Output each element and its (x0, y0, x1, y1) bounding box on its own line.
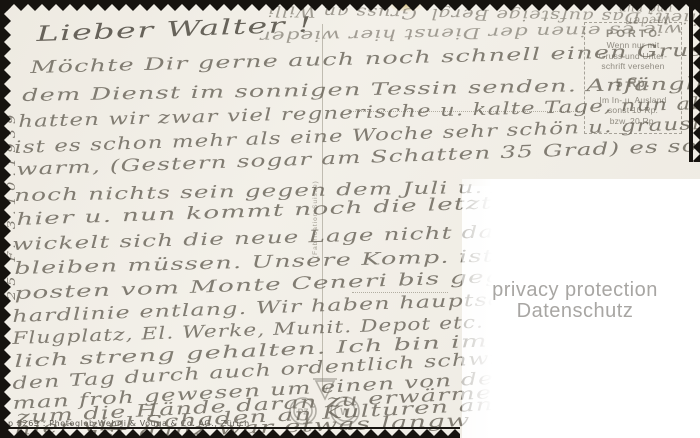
deckle-edge-right (689, 0, 700, 162)
deckle-edge-left (0, 0, 11, 438)
privacy-watermark: privacy protection Datenschutz (462, 280, 688, 322)
privacy-watermark-line1: privacy protection (462, 280, 688, 301)
deckle-edge-top (0, 0, 700, 11)
privacy-watermark-line2: Datenschutz (462, 301, 688, 322)
postcard-scan: (Fabrication Suisse) PORTO Wenn nur mit … (0, 0, 700, 438)
deckle-edge-bottom (0, 427, 460, 438)
